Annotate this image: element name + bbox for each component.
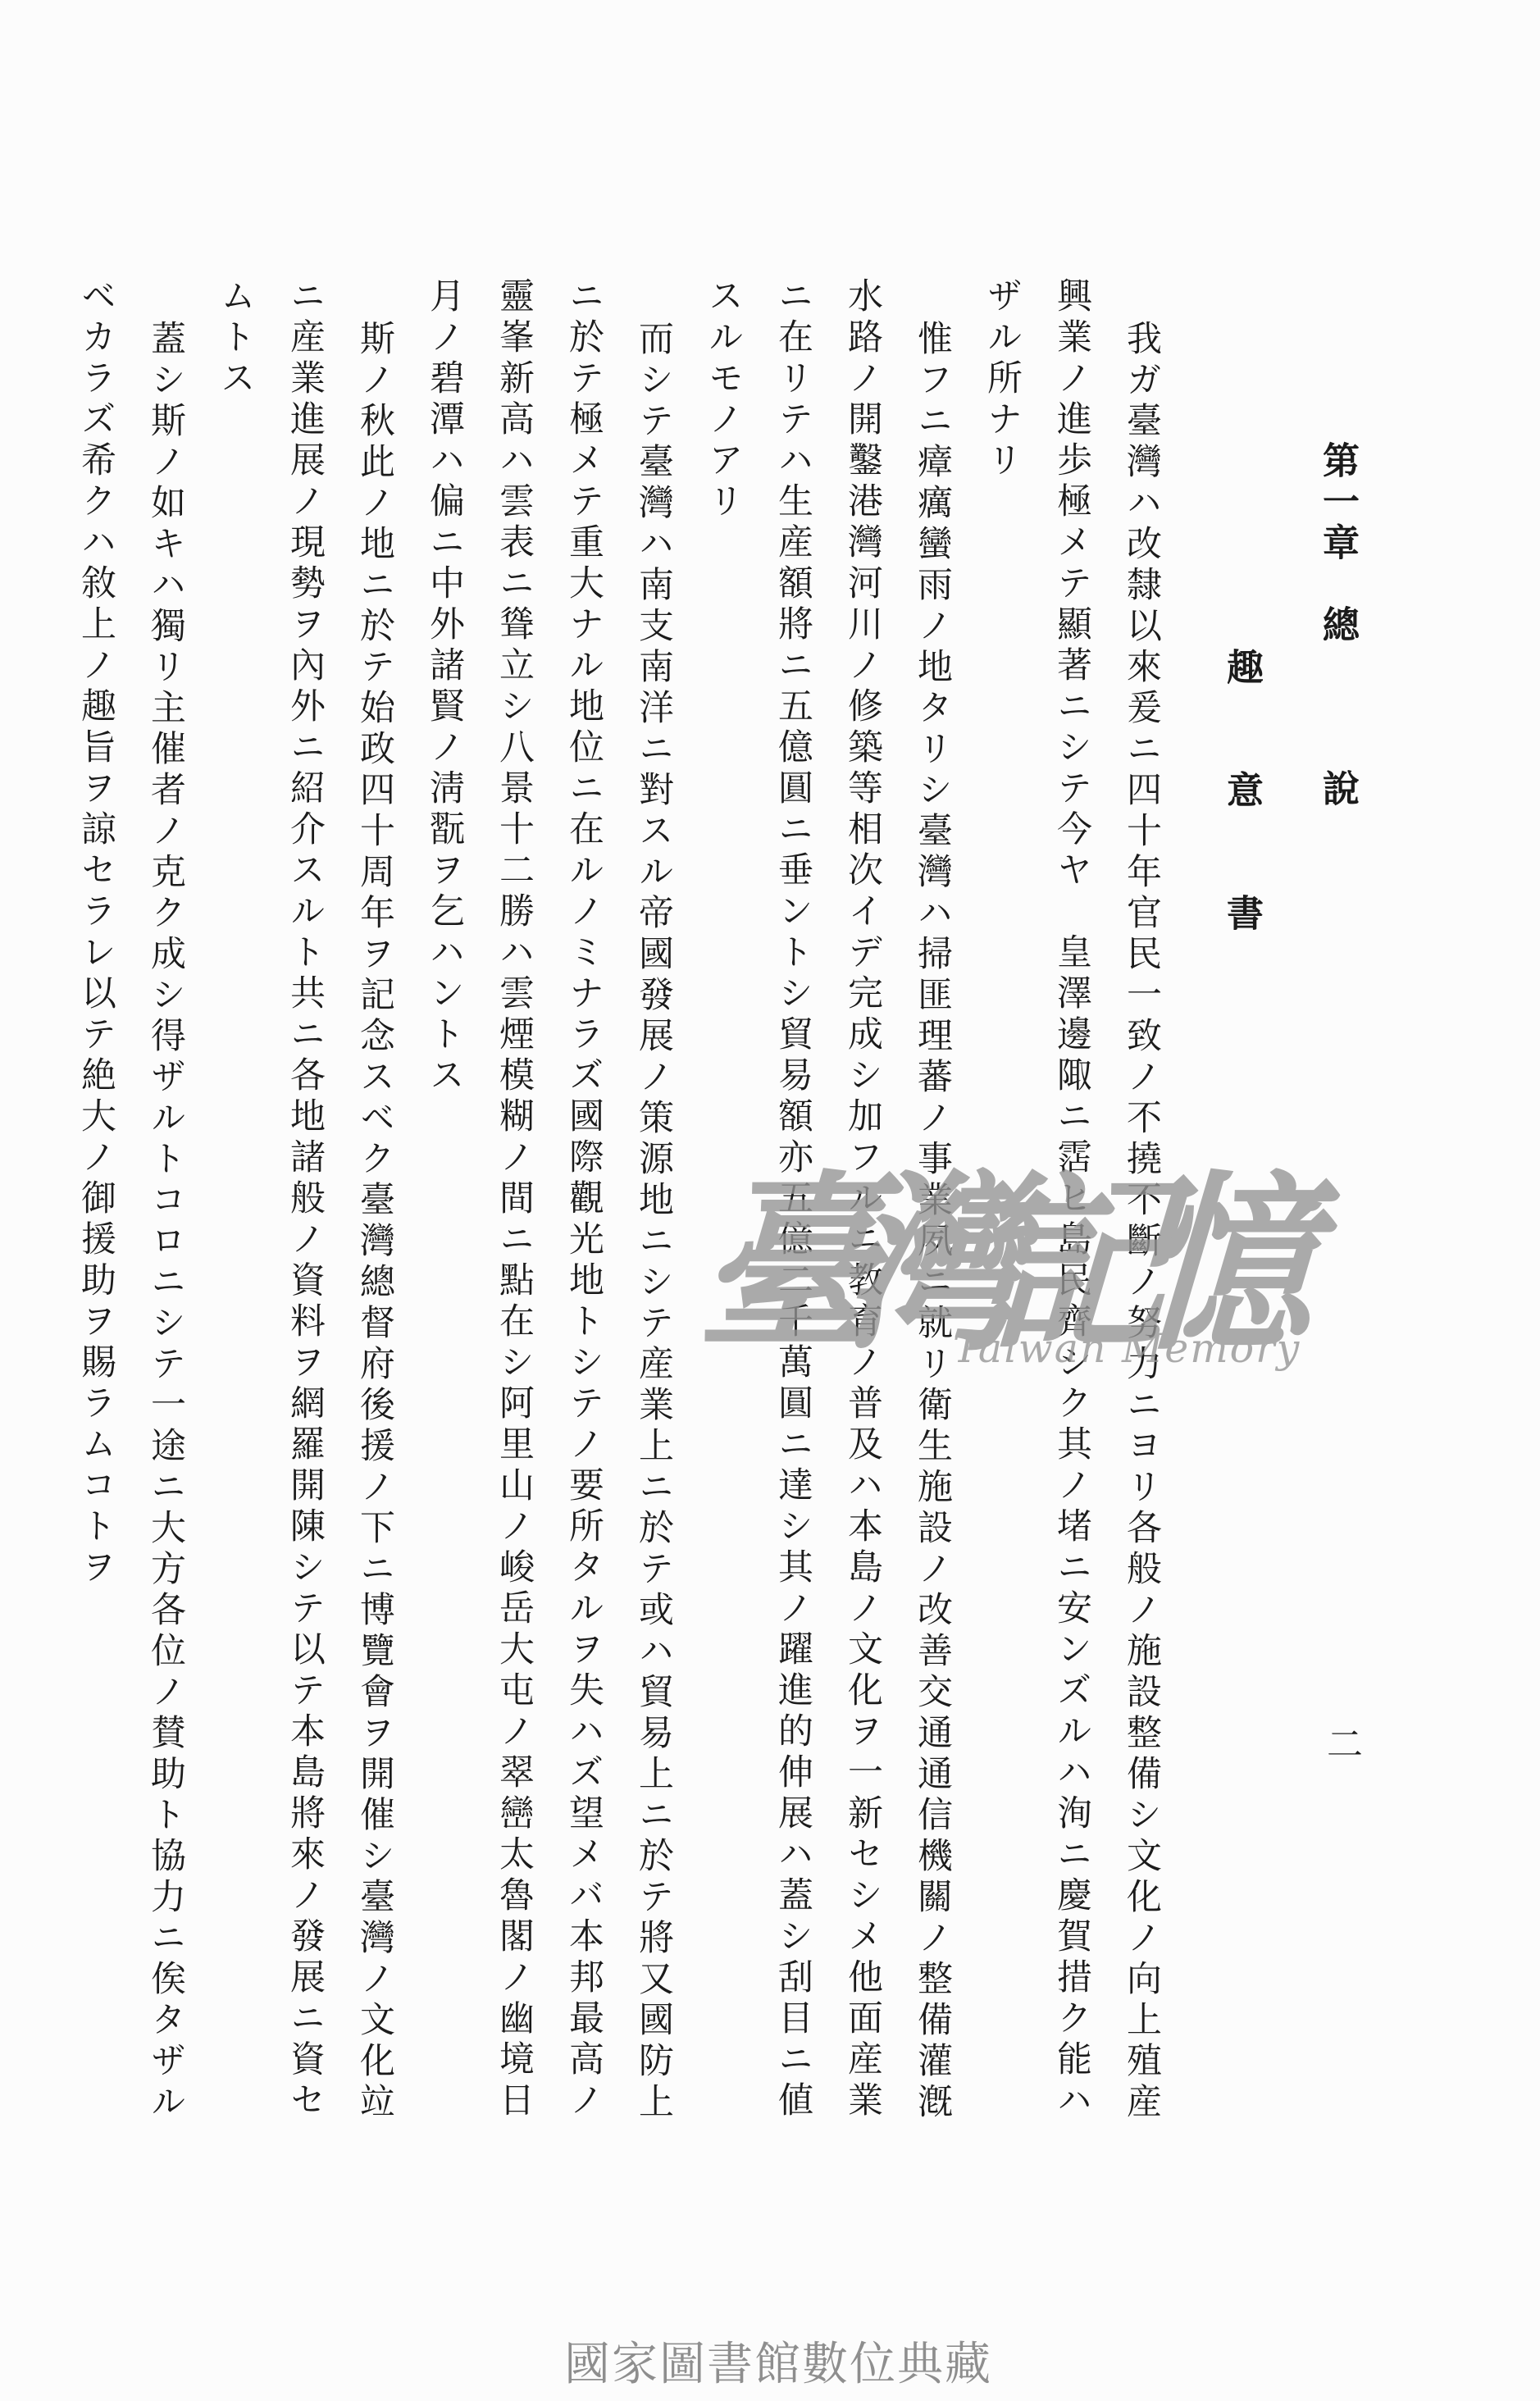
text-column: ニ於テ極メテ重大ナル地位ニ在ルノミナラズ國際觀光地トシテノ要所タルヲ失ハズ望メバ… <box>549 277 618 2130</box>
text-column: 惟フニ瘴癘蠻雨ノ地タリシ臺灣ハ掃匪理蕃ノ事業夙ニ就リ衛生施設ノ改善交通通信機關ノ… <box>897 277 967 2130</box>
text-column: ザル所ナリ <box>967 277 1037 2130</box>
text-column: ニ在リテハ生産額將ニ五億圓ニ垂ントシ貿易額亦五億二千萬圓ニ達シ其ノ躍進的伸展ハ蓋… <box>758 277 827 2130</box>
text-column: ニ産業進展ノ現勢ヲ內外ニ紹介スルト共ニ各地諸般ノ資料ヲ網羅開陳シテ以テ本島將來ノ… <box>270 277 339 2130</box>
page-number: 二 <box>1327 1725 1363 1765</box>
chapter-heading: 第一章 總 說 <box>1303 441 1373 1507</box>
text-column: ベカラズ希クハ敘上ノ趣旨ヲ諒セラレ以テ絶大ノ御援助ヲ賜ラムコトヲ <box>61 277 130 2130</box>
body-text: 我ガ臺灣ハ改隸以來爰ニ四十年官民一致ノ不撓不斷ノ努力ニヨリ各般ノ施設整備シ文化ノ… <box>61 277 1176 2130</box>
heading-block: 第一章 總 說 趣 意 書 <box>1207 441 1373 1507</box>
text-column: 靈峯新高ハ雲表ニ聳立シ八景十二勝ハ雲煙模糊ノ間ニ點在シ阿里山ノ峻岳大屯ノ翠巒太魯… <box>479 277 549 2130</box>
text-column: 蓋シ斯ノ如キハ獨リ主催者ノ克ク成シ得ザルトコロニシテ一途ニ大方各位ノ賛助ト協力ニ… <box>130 277 200 2130</box>
text-column: 水路ノ開鑿港灣河川ノ修築等相次イデ完成シ加フルニ教育ノ普及ハ本島ノ文化ヲ一新セシ… <box>827 277 897 2130</box>
library-watermark: 國家圖書館數位典藏 <box>564 2340 992 2390</box>
text-column: 月ノ碧潭ハ偏ニ中外諸賢ノ淸翫ヲ乞ハントス <box>409 277 479 2130</box>
text-column: ムトス <box>200 277 270 2130</box>
section-heading: 趣 意 書 <box>1207 441 1277 1507</box>
text-column: 興業ノ進歩極メテ顯著ニシテ今ヤ 皇澤邊陬ニ霑ヒ島民齊シク其ノ堵ニ安ンズルハ洵ニ慶… <box>1037 277 1106 2130</box>
text-column: スルモノアリ <box>688 277 758 2130</box>
text-column: 而シテ臺灣ハ南支南洋ニ對スル帝國發展ノ策源地ニシテ産業上ニ於テ或ハ貿易上ニ於テ將… <box>618 277 688 2130</box>
scanned-document-page: 第一章 總 說 趣 意 書 我ガ臺灣ハ改隸以來爰ニ四十年官民一致ノ不撓不斷ノ努力… <box>0 0 1540 2401</box>
text-column: 斯ノ秋此ノ地ニ於テ始政四十周年ヲ記念スベク臺灣總督府後援ノ下ニ博覽會ヲ開催シ臺灣… <box>339 277 409 2130</box>
text-column: 我ガ臺灣ハ改隸以來爰ニ四十年官民一致ノ不撓不斷ノ努力ニヨリ各般ノ施設整備シ文化ノ… <box>1106 277 1176 2130</box>
